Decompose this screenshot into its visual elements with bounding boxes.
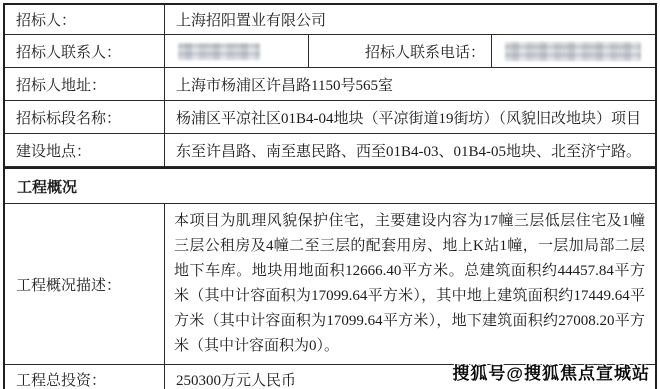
- address-value: 上海市杨浦区许昌路1150号565室: [165, 68, 655, 100]
- location-value: 东至许昌路、南至惠民路、西至01B4-03、01B4-05地块、北至济宁路。: [165, 134, 655, 166]
- overview-header-label: 工程概况: [5, 169, 85, 203]
- contact-name-cell: [165, 35, 309, 67]
- contact-name-label: 招标人联系人：: [5, 35, 165, 67]
- table-row-overview-header: 工程概况: [5, 167, 655, 204]
- table-row-tender-name: 招标标段名称： 杨浦区平凉社区01B4-04地块（平凉街道19街坊）（风貌旧改地…: [5, 101, 655, 134]
- bid-info-table: 招标人： 上海招阳置业有限公司 招标人联系人： 招标人联系电话： 招标人地址： …: [3, 3, 657, 389]
- redacted-contact-phone: [505, 42, 641, 61]
- sohu-watermark: 搜狐号@搜狐焦点宣城站: [452, 359, 650, 384]
- table-row-location: 建设地点： 东至许昌路、南至惠民路、西至01B4-03、01B4-05地块、北至…: [5, 134, 655, 167]
- redacted-contact-name: [178, 43, 260, 60]
- address-label: 招标人地址：: [5, 68, 165, 100]
- bidder-label: 招标人：: [5, 5, 165, 34]
- tender-name-label: 招标标段名称：: [5, 101, 165, 133]
- contact-phone-cell: [492, 35, 655, 67]
- document-page: 招标人： 上海招阳置业有限公司 招标人联系人： 招标人联系电话： 招标人地址： …: [0, 0, 660, 389]
- contact-phone-label: 招标人联系电话：: [309, 35, 492, 67]
- table-row-overview-desc: 工程概况描述： 本项目为肌理风貌保护住宅，主要建设内容为17幢三层低层住宅及1幢…: [5, 204, 655, 365]
- investment-label: 工程总投资：: [5, 365, 165, 389]
- table-row-address: 招标人地址： 上海市杨浦区许昌路1150号565室: [5, 68, 655, 101]
- bidder-value: 上海招阳置业有限公司: [165, 5, 655, 34]
- table-row-contact: 招标人联系人： 招标人联系电话：: [5, 35, 655, 68]
- table-row-bidder: 招标人： 上海招阳置业有限公司: [5, 5, 655, 35]
- overview-desc-label: 工程概况描述：: [5, 204, 165, 364]
- overview-desc-cell: 本项目为肌理风貌保护住宅，主要建设内容为17幢三层低层住宅及1幢三层公租房及4幢…: [165, 204, 655, 364]
- tender-name-value: 杨浦区平凉社区01B4-04地块（平凉街道19街坊）（风貌旧改地块）项目: [165, 101, 655, 133]
- overview-desc-value: 本项目为肌理风貌保护住宅，主要建设内容为17幢三层低层住宅及1幢三层公租房及4幢…: [165, 204, 655, 364]
- location-label: 建设地点：: [5, 134, 165, 166]
